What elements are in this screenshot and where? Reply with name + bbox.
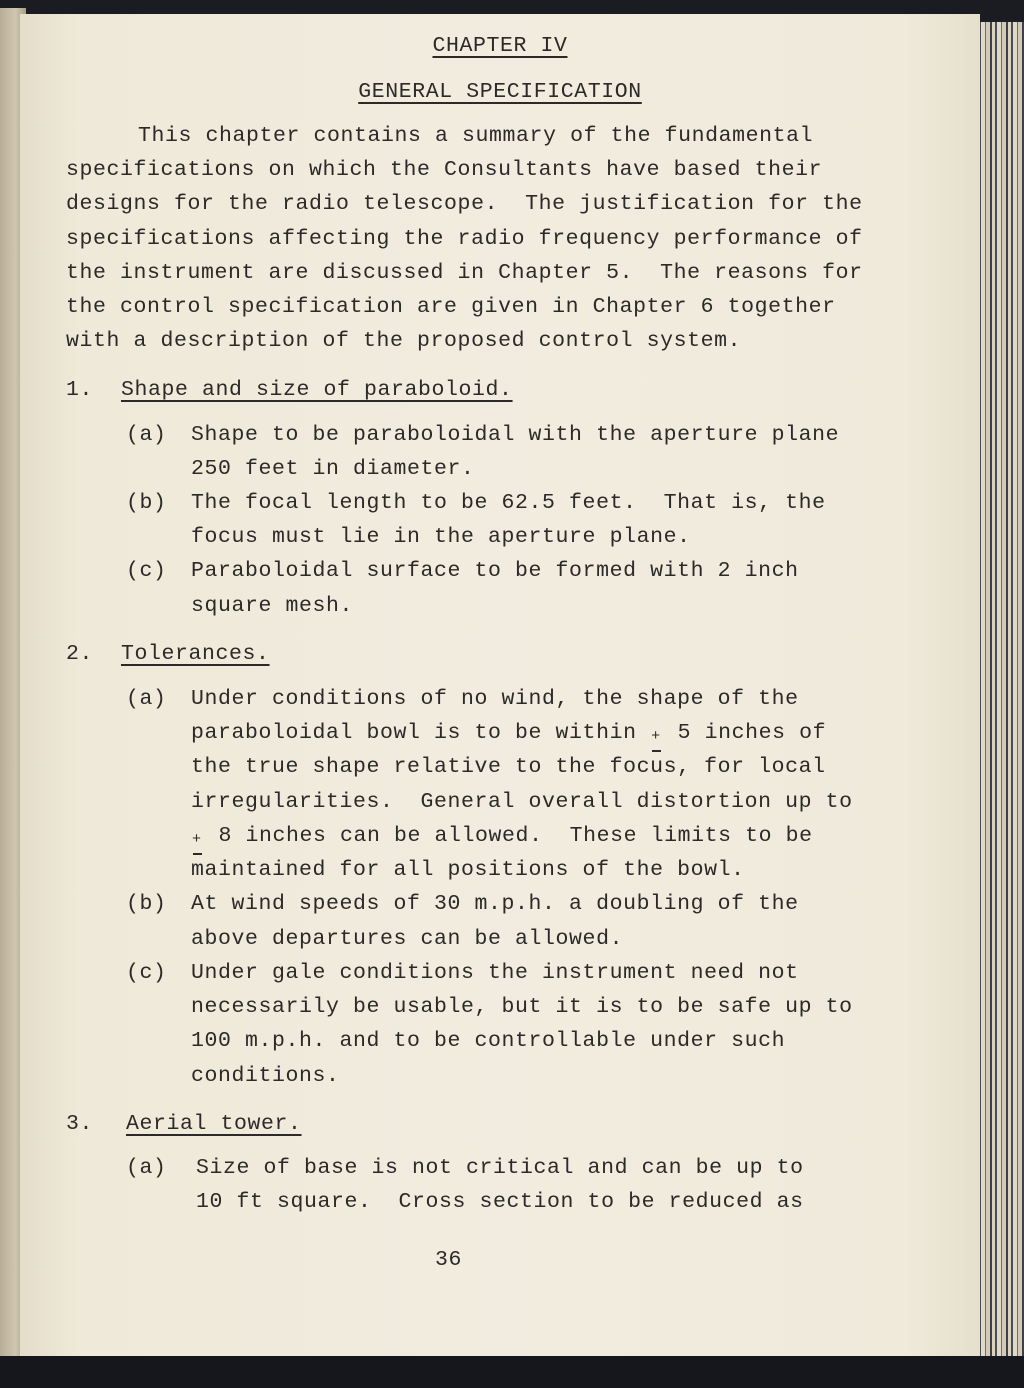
document-page: CHAPTER IV GENERAL SPECIFICATION This ch… [20, 14, 980, 1356]
item-label: (a) [126, 687, 167, 711]
intro-line: This chapter contains a summary of the f… [138, 124, 813, 148]
item-line: Size of base is not critical and can be … [196, 1156, 804, 1180]
item-line: Under gale conditions the instrument nee… [191, 961, 799, 985]
item-line: 10 ft square. Cross section to be reduce… [196, 1190, 804, 1214]
item-line: Shape to be paraboloidal with the apertu… [191, 423, 839, 447]
item-line: irregularities. General overall distorti… [191, 790, 853, 814]
section-number: 1. [66, 378, 93, 402]
section-heading: Shape and size of paraboloid. [121, 378, 513, 402]
item-line: 8 inches can be allowed. These limits to… [191, 824, 813, 848]
item-label: (c) [126, 559, 167, 583]
intro-line: specifications affecting the radio frequ… [66, 227, 863, 251]
item-label: (a) [126, 1156, 167, 1180]
scan-background-bottom [0, 1356, 1024, 1388]
item-line: above departures can be allowed. [191, 927, 623, 951]
chapter-subtitle: GENERAL SPECIFICATION [20, 80, 980, 104]
intro-line: the control specification are given in C… [66, 295, 836, 319]
item-line: paraboloidal bowl is to be within 5 inch… [191, 721, 826, 745]
page-stack-edge [976, 22, 1024, 1362]
item-label: (c) [126, 961, 167, 985]
section-number: 3. [66, 1112, 93, 1136]
item-label: (b) [126, 491, 167, 515]
item-label: (b) [126, 892, 167, 916]
section-heading: Aerial tower. [126, 1112, 302, 1136]
item-line: Under conditions of no wind, the shape o… [191, 687, 799, 711]
intro-line: designs for the radio telescope. The jus… [66, 192, 863, 216]
intro-line: the instrument are discussed in Chapter … [66, 261, 863, 285]
chapter-title: CHAPTER IV [20, 34, 980, 58]
section-heading: Tolerances. [121, 642, 270, 666]
item-line: square mesh. [191, 594, 353, 618]
item-line: maintained for all positions of the bowl… [191, 858, 745, 882]
item-line: 100 m.p.h. and to be controllable under … [191, 1029, 785, 1053]
intro-line: specifications on which the Consultants … [66, 158, 822, 182]
item-line: conditions. [191, 1064, 340, 1088]
item-line: the true shape relative to the focus, fo… [191, 755, 826, 779]
item-line: 250 feet in diameter. [191, 457, 475, 481]
section-number: 2. [66, 642, 93, 666]
intro-line: with a description of the proposed contr… [66, 329, 741, 353]
item-line: At wind speeds of 30 m.p.h. a doubling o… [191, 892, 799, 916]
item-label: (a) [126, 423, 167, 447]
item-line: Paraboloidal surface to be formed with 2… [191, 559, 799, 583]
item-line: The focal length to be 62.5 feet. That i… [191, 491, 826, 515]
page-number: 36 [435, 1248, 462, 1272]
item-line: necessarily be usable, but it is to be s… [191, 995, 853, 1019]
item-line: focus must lie in the aperture plane. [191, 525, 691, 549]
